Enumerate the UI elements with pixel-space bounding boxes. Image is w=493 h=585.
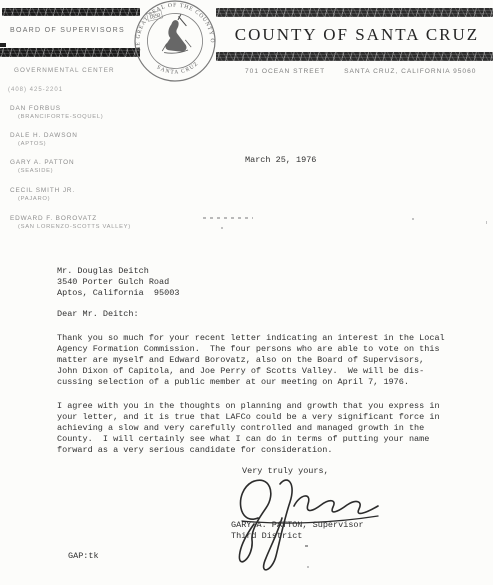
supervisor-name: EDWARD F. BOROVATZ bbox=[10, 215, 131, 222]
supervisor-entry: DAN FORBUS (BRANCIFORTE-SOQUEL) bbox=[10, 105, 103, 120]
scan-artifact bbox=[305, 545, 308, 547]
salutation: Dear Mr. Deitch: bbox=[57, 309, 139, 320]
body-paragraph-1: Thank you so much for your recent letter… bbox=[57, 333, 445, 388]
body-paragraph-2: I agree with you in the thoughts on plan… bbox=[57, 401, 440, 456]
reference-initials: GAP:tk bbox=[68, 551, 99, 562]
supervisor-entry: EDWARD F. BOROVATZ (SAN LORENZO-SCOTTS V… bbox=[10, 215, 131, 230]
signature-icon bbox=[228, 474, 386, 580]
scan-artifact bbox=[203, 217, 253, 219]
phone-number: (408) 425-2201 bbox=[8, 87, 63, 93]
supervisor-district: (APTOS) bbox=[18, 141, 78, 147]
scan-artifact bbox=[412, 218, 414, 220]
decorative-bar-top-right bbox=[216, 8, 493, 17]
street-address: 701 OCEAN STREET bbox=[245, 68, 325, 75]
recipient-address: Mr. Douglas Deitch 3540 Porter Gulch Roa… bbox=[57, 266, 179, 299]
supervisor-entry: GARY A. PATTON (SEASIDE) bbox=[10, 159, 75, 174]
supervisor-district: (PAJARO) bbox=[18, 196, 75, 202]
seal-bottom-text: SANTA CRUZ bbox=[155, 60, 201, 78]
decorative-bar-bottom-left bbox=[0, 48, 140, 57]
supervisor-name: CECIL SMITH JR. bbox=[10, 187, 75, 194]
supervisor-entry: CECIL SMITH JR. (PAJARO) bbox=[10, 187, 75, 202]
decorative-bar-top-left bbox=[2, 8, 140, 16]
supervisor-district: (SEASIDE) bbox=[18, 168, 75, 174]
county-title: COUNTY OF SANTA CRUZ bbox=[221, 25, 493, 45]
supervisor-district: (BRANCIFORTE-SOQUEL) bbox=[18, 114, 103, 120]
supervisor-entry: DALE H. DAWSON (APTOS) bbox=[10, 132, 78, 147]
scan-artifact bbox=[221, 227, 223, 229]
letter-date: March 25, 1976 bbox=[245, 155, 316, 166]
svg-text:SANTA CRUZ: SANTA CRUZ bbox=[155, 60, 201, 78]
supervisor-district: (SAN LORENZO-SCOTTS VALLEY) bbox=[18, 224, 131, 230]
supervisor-name: DAN FORBUS bbox=[10, 105, 103, 112]
seal-figure bbox=[159, 14, 192, 55]
city-state-zip: SANTA CRUZ, CALIFORNIA 95060 bbox=[344, 68, 476, 75]
scan-artifact bbox=[486, 221, 487, 224]
county-seal-icon: THE GREAT SEAL OF THE COUNTY OF SANTA CR… bbox=[128, 0, 223, 88]
decorative-bar-bottom-right bbox=[216, 52, 493, 61]
board-of-supervisors-label: BOARD OF SUPERVISORS bbox=[10, 27, 125, 34]
supervisor-name: GARY A. PATTON bbox=[10, 159, 75, 166]
scanned-letter-page: BOARD OF SUPERVISORS COUNTY OF SANTA CRU… bbox=[0, 0, 493, 585]
supervisor-name: DALE H. DAWSON bbox=[10, 132, 78, 139]
scan-artifact bbox=[0, 43, 6, 47]
governmental-center-label: GOVERNMENTAL CENTER bbox=[14, 67, 115, 74]
address-line: 701 OCEAN STREET SANTA CRUZ, CALIFORNIA … bbox=[245, 68, 476, 75]
scan-artifact bbox=[307, 566, 309, 568]
